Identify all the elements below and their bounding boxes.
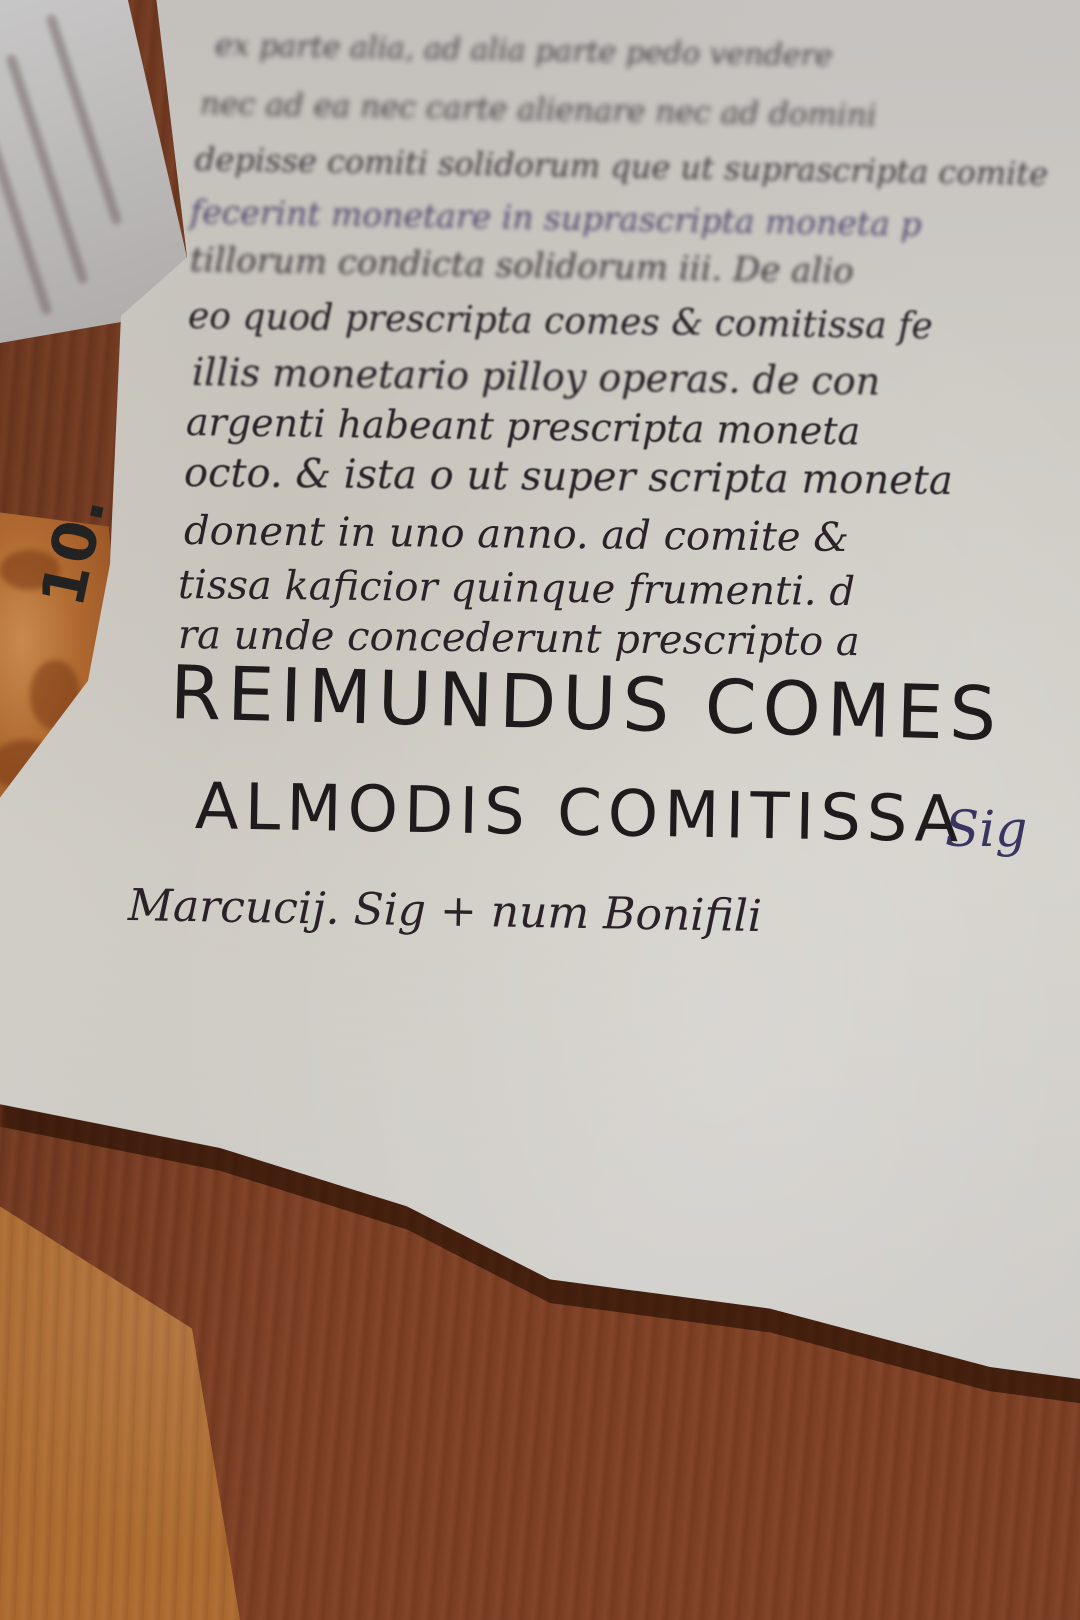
marginal-sig-text: Sig [945,800,1027,858]
manuscript-line: argenti habeant prescripta moneta [186,400,861,453]
photo-scene: 10. ex parte alia, ad alia parte pedo ve… [0,0,1080,1620]
signature-almodis-comitissa: ALMODIS COMITISSA [194,770,965,857]
manuscript-line: tissa kaficior quinque frumenti. d [178,562,855,615]
manuscript-line: octo. & ista o ut super scripta moneta [184,450,953,504]
manuscript-line: donent in uno anno. ad comite & [184,508,849,561]
